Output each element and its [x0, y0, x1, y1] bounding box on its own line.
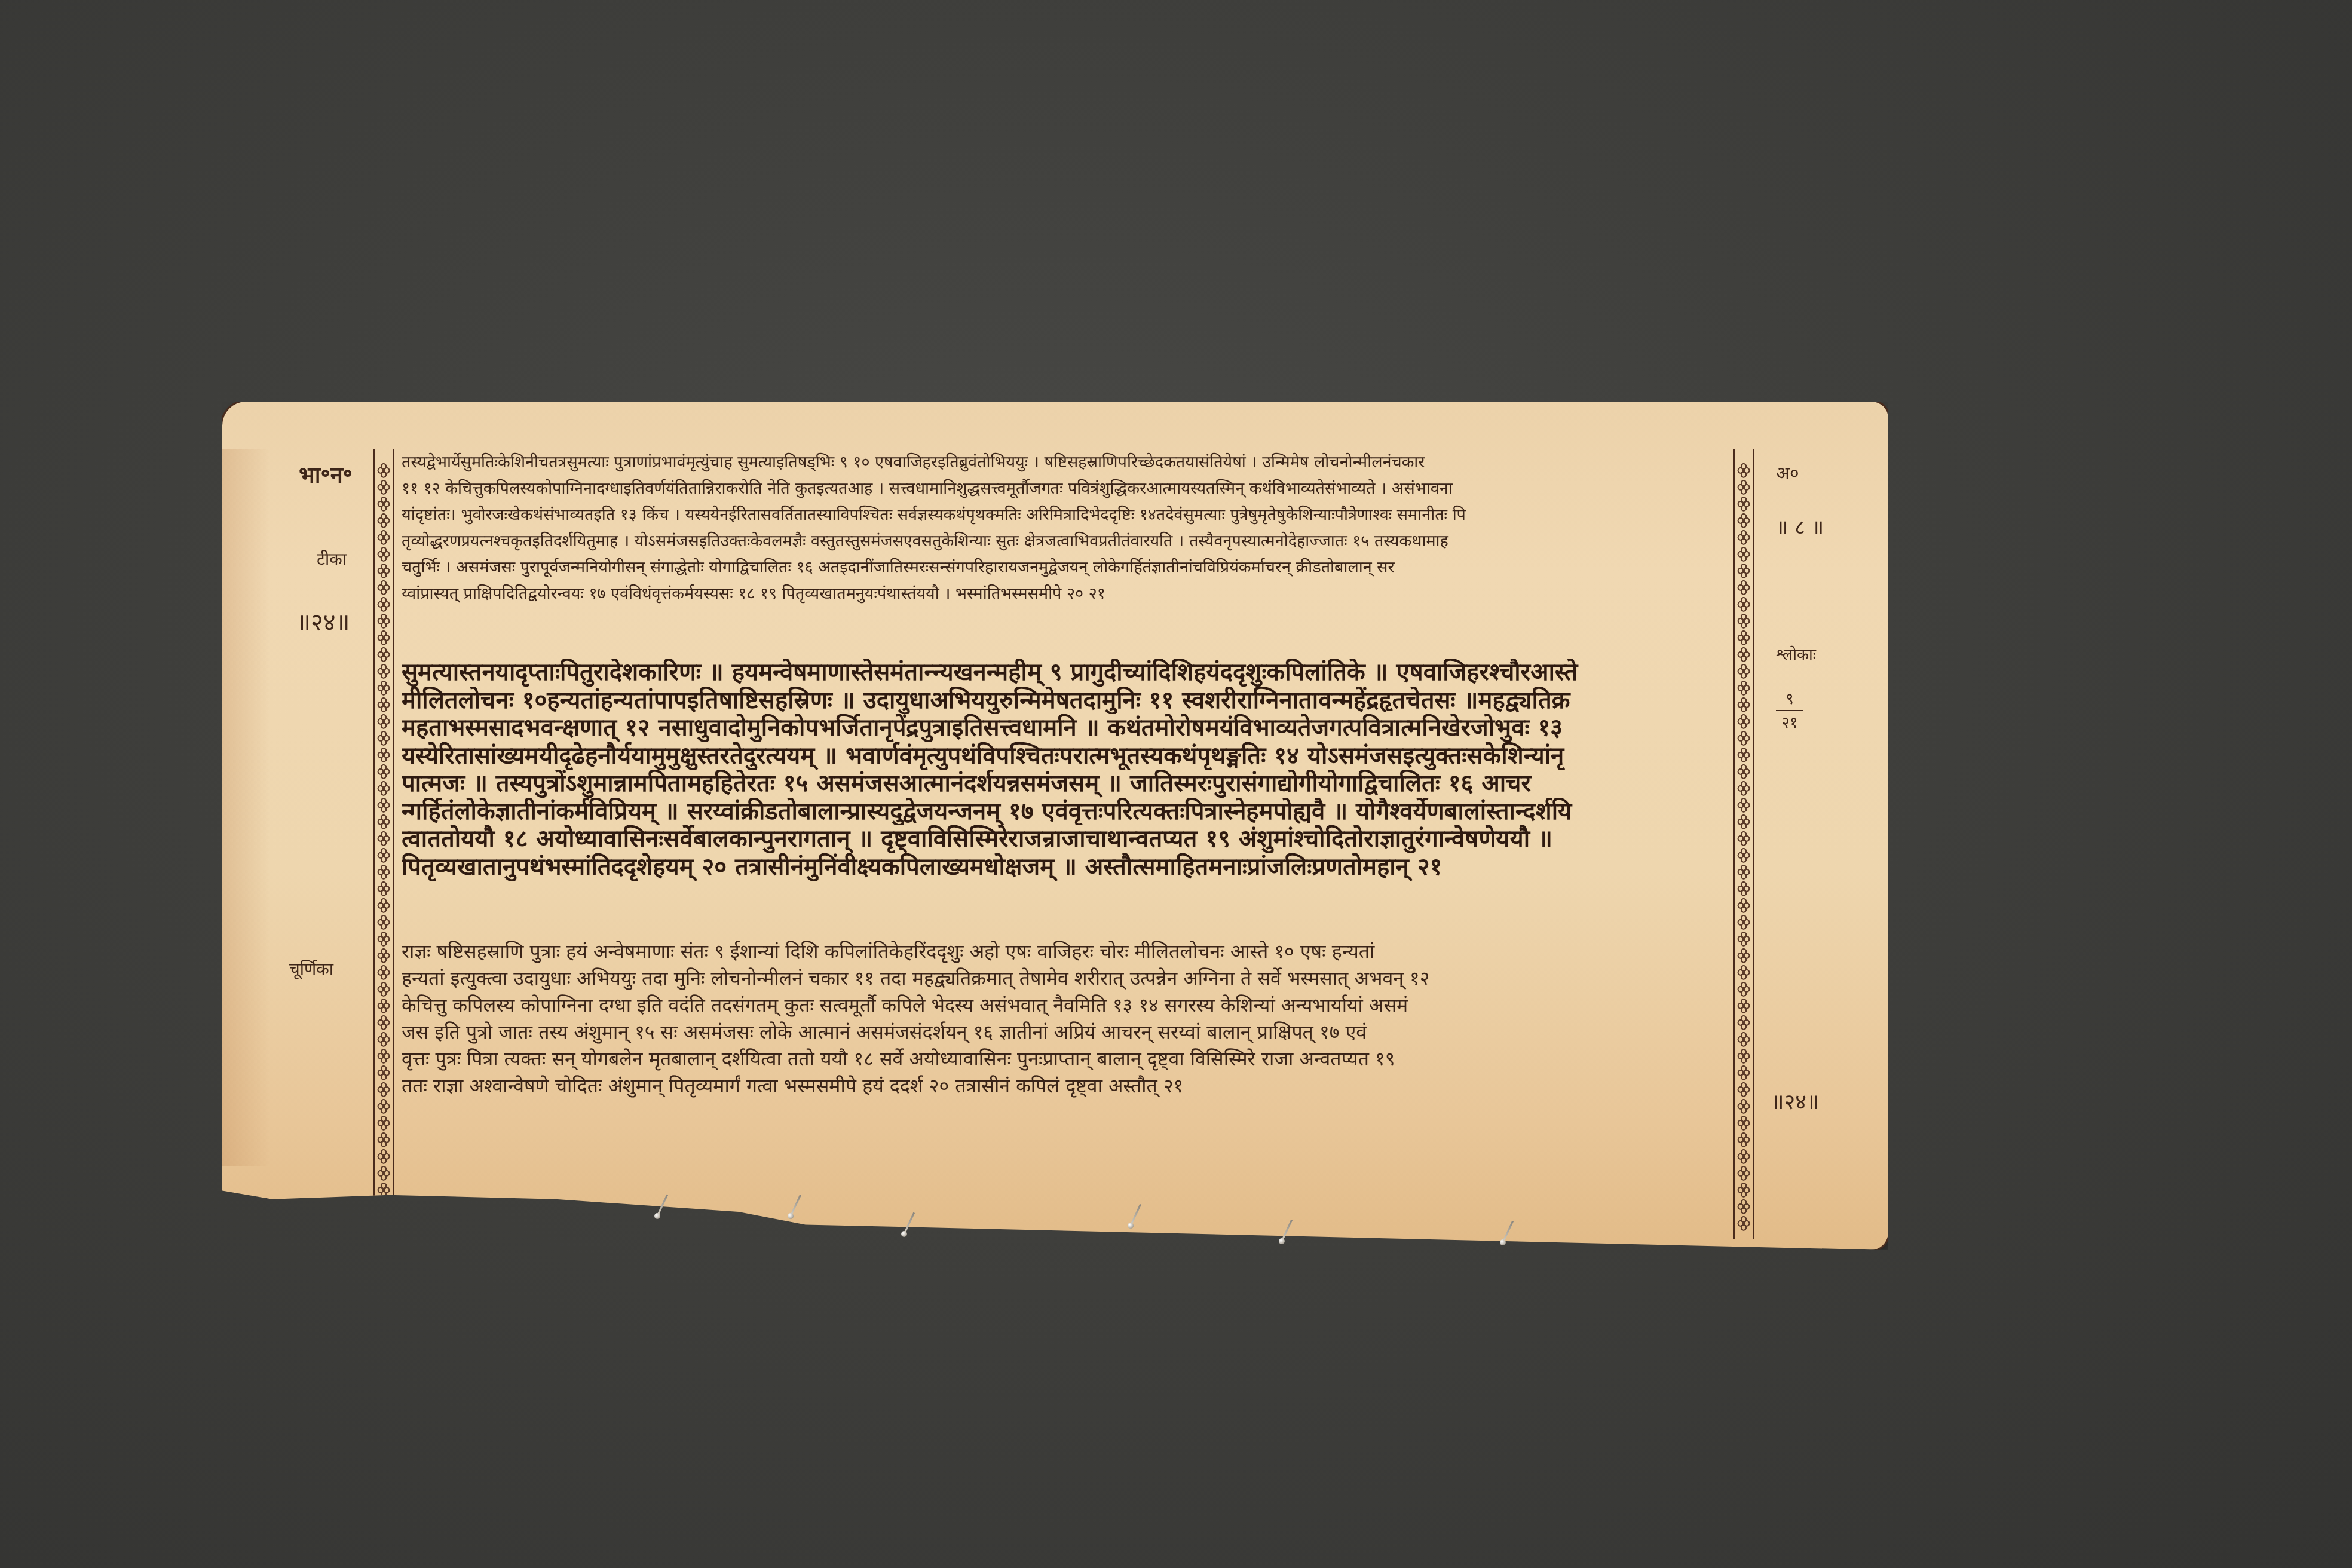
churnika-line: हन्यतां इत्युक्त्वा उदायुधाः अभिययुः तदा…	[402, 965, 1728, 992]
left-margin-churnika-label: चूर्णिका	[289, 957, 333, 980]
tika-line: तस्यद्वेभार्येसुमतिःकेशिनीचतत्रसुमत्याः …	[402, 449, 1728, 476]
floral-ornament-icon	[1736, 461, 1751, 1233]
tika-line: यांदृष्टांतः। भुवोरजःखेकथंसंभाव्यतइति १३…	[402, 502, 1728, 528]
verse-line: न्गर्हितंलोकेज्ञातीनांकर्मविप्रियम् ॥ सर…	[402, 798, 1728, 826]
tika-line: चतुर्भिः । असमंजसः पुरापूर्वजन्मनियोगीसन…	[402, 555, 1728, 581]
verse-line: महताभस्मसादभवन्क्षणात् १२ नसाधुवादोमुनिक…	[402, 714, 1728, 742]
left-margin-tika-label: टीका	[317, 547, 347, 570]
border-rule	[1733, 449, 1735, 1239]
tika-commentary: तस्यद्वेभार्येसुमतिःकेशिनीचतत्रसुमत्याः …	[402, 449, 1728, 607]
verse-line: त्वाततोययौ १८ अयोध्यावासिनःसर्वेबालकान्प…	[402, 825, 1728, 853]
churnika-prose: राज्ञः षष्टिसहस्राणि पुत्राः हयं अन्वेषम…	[402, 938, 1728, 1100]
right-margin-chapter: अ०	[1776, 460, 1799, 485]
verse-line: सुमत्यास्तनयादृप्ताःपितुरादेशकारिणः ॥ हय…	[402, 659, 1728, 687]
churnika-line: केचित्तु कपिलस्य कोपाग्निना दग्धा इति वद…	[402, 992, 1728, 1019]
shloka-range-top: ९	[1776, 687, 1803, 711]
mounting-pin	[788, 1213, 794, 1219]
churnika-line: जस इति पुत्रो जातः तस्य अंशुमान् १५ सः अ…	[402, 1019, 1728, 1046]
right-ornamental-border	[1733, 449, 1754, 1239]
border-rule	[373, 449, 375, 1239]
mula-verses: सुमत्यास्तनयादृप्ताःपितुरादेशकारिणः ॥ हय…	[402, 659, 1728, 881]
right-margin-shloka-range: ९ २१	[1776, 687, 1803, 733]
mounting-pin	[654, 1213, 660, 1219]
verse-line: मीलितलोचनः १०हन्यतांहन्यतांपापइतिषाष्टिस…	[402, 687, 1728, 715]
tika-line: य्वांप्रास्यत् प्राक्षिपदितिद्वयोरन्वयः …	[402, 581, 1728, 607]
mounting-pin	[1279, 1238, 1285, 1244]
right-margin-shlokas-label: श्लोकाः	[1776, 643, 1816, 664]
border-rule	[1753, 449, 1754, 1239]
verse-line: पितृव्यखातानुपथंभस्मांतिददृशेहयम् २० तत्…	[402, 853, 1728, 881]
churnika-line: राज्ञः षष्टिसहस्राणि पुत्राः हयं अन्वेषम…	[402, 938, 1728, 965]
floral-ornament-icon	[376, 461, 391, 1233]
churnika-line: ततः राज्ञा अश्वान्वेषणे चोदितः अंशुमान् …	[402, 1073, 1728, 1100]
left-margin-page-number: ॥२४॥	[296, 605, 350, 638]
right-margin-chapter-number: ॥ ८ ॥	[1776, 513, 1824, 540]
verse-line: पात्मजः ॥ तस्यपुत्रोंऽशुमान्नामपितामहहित…	[402, 770, 1728, 798]
mounting-pin	[1128, 1223, 1134, 1229]
churnika-line: वृत्तः पुत्रः पित्रा त्यक्तः सन् योगबलेन…	[402, 1046, 1728, 1073]
tika-line: ११ १२ केचित्तुकपिलस्यकोपाग्निनादग्धाइतिव…	[402, 476, 1728, 502]
right-margin-page-number: ॥२४॥	[1771, 1086, 1820, 1116]
verse-line: यस्येरितासांख्यमयीदृढेहनौर्ययामुमुक्षुस्…	[402, 742, 1728, 770]
left-margin-title: भा॰न॰	[299, 459, 353, 490]
tika-line: तृव्योद्धरणप्रयत्नश्चकृतइतिदर्शयितुमाह ।…	[402, 528, 1728, 555]
mounting-pin	[901, 1231, 907, 1237]
left-ornamental-border	[373, 449, 394, 1239]
shloka-range-bottom: २१	[1776, 711, 1803, 733]
border-rule	[393, 449, 394, 1239]
mounting-pin	[1500, 1239, 1506, 1245]
manuscript-page: भा॰न॰ टीका ॥२४॥ चूर्णिका तस्यद्वेभार्येस…	[222, 402, 1888, 1250]
